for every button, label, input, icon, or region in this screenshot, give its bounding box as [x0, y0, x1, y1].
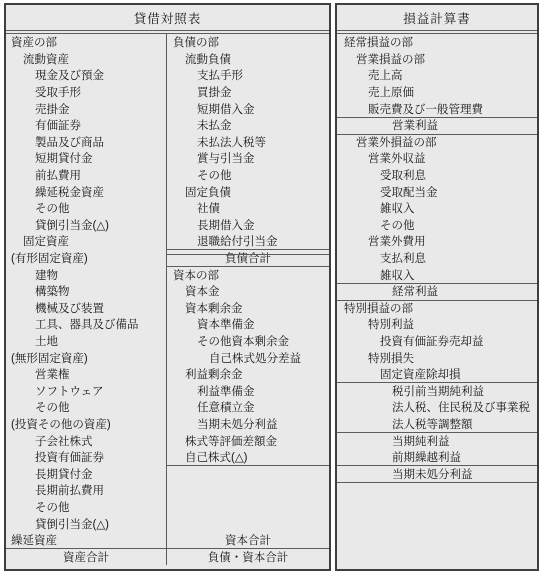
line-item-row: その他: [337, 217, 537, 234]
line-item-label: 買掛金: [197, 84, 232, 100]
line-item-row: 建物: [6, 266, 166, 283]
line-item-row: その他: [6, 200, 166, 217]
line-item-row: 負債合計: [167, 250, 329, 267]
line-item-row: 支払利息: [337, 250, 537, 267]
line-item-label: 受取手形: [35, 84, 81, 100]
line-item-label: 機械及び装置: [35, 300, 104, 316]
line-item-label: 固定資産除却損: [380, 366, 461, 382]
line-item-row: 雑収入: [337, 266, 537, 283]
line-item-row: 売上高: [337, 67, 537, 84]
line-item-label: 長期前払費用: [35, 482, 104, 498]
line-item-label: 負債・資本合計: [208, 549, 289, 565]
line-item-label: 賞与引当金: [197, 150, 255, 166]
line-item-row: 流動資産: [6, 51, 166, 68]
line-item-label: 負債の部: [173, 34, 219, 50]
empty-row: [167, 515, 329, 532]
line-item-row: 未払金: [167, 117, 329, 134]
empty-row: [167, 482, 329, 499]
line-item-label: 資本剰余金: [185, 300, 243, 316]
line-item-row: 雑収入: [337, 200, 537, 217]
line-item-row: 経常損益の部: [337, 34, 537, 51]
line-item-label: 売上原価: [368, 84, 414, 100]
line-item-label: 投資有価証券: [35, 449, 104, 465]
empty-row: [337, 499, 537, 516]
line-item-label: 長期借入金: [197, 217, 255, 233]
line-item-row: 営業外収益: [337, 150, 537, 167]
line-item-row: 資本剰余金: [167, 300, 329, 317]
line-item-label: 資本合計: [225, 532, 271, 548]
line-item-row: 当期未処分利益: [337, 465, 537, 482]
line-item-row: 固定資産除却損: [337, 366, 537, 383]
line-item-row: 現金及び預金: [6, 67, 166, 84]
line-item-label: 販売費及び一般管理費: [368, 101, 483, 117]
line-item-row: 流動負債: [167, 51, 329, 68]
line-item-row: 製品及び商品: [6, 134, 166, 151]
line-item-row: 経常利益: [337, 283, 537, 300]
line-item-row: その他資本剰余金: [167, 333, 329, 350]
line-item-row: 自己株式処分差益: [167, 349, 329, 366]
line-item-row: 特別利益: [337, 316, 537, 333]
line-item-label: 貸倒引当金(△): [35, 516, 109, 532]
line-item-label: (無形固定資産): [11, 350, 88, 366]
line-item-row: 資産の部: [6, 34, 166, 51]
line-item-row: 未払法人税等: [167, 134, 329, 151]
line-item-row: 資本準備金: [167, 316, 329, 333]
line-item-label: その他資本剰余金: [197, 333, 289, 349]
line-item-label: 有価証券: [35, 117, 81, 133]
line-item-row: 当期純利益: [337, 432, 537, 449]
line-item-row: 売上原価: [337, 84, 537, 101]
line-item-row: 前払費用: [6, 167, 166, 184]
line-item-label: 当期未処分利益: [392, 466, 473, 482]
line-item-row: 退職給付引当金: [167, 233, 329, 250]
empty-row: [337, 515, 537, 532]
line-item-label: その他: [35, 200, 70, 216]
line-item-label: 自己株式(△): [185, 449, 248, 465]
empty-row: [337, 532, 537, 549]
line-item-label: その他: [380, 217, 415, 233]
line-item-row: 有価証券: [6, 117, 166, 134]
line-item-label: ソフトウェア: [35, 383, 104, 399]
line-item-row: 受取利息: [337, 167, 537, 184]
line-item-row: 投資有価証券: [6, 449, 166, 466]
empty-row: [167, 499, 329, 516]
line-item-row: 固定負債: [167, 183, 329, 200]
line-item-label: 雑収入: [380, 200, 415, 216]
line-item-row: 営業権: [6, 366, 166, 383]
line-item-row: 貸倒引当金(△): [6, 217, 166, 234]
line-item-row: 特別損益の部: [337, 300, 537, 317]
line-item-row: 利益準備金: [167, 382, 329, 399]
line-item-row: 資産合計: [6, 548, 166, 565]
line-item-label: 株式等評価差額金: [185, 433, 277, 449]
line-item-label: 流動資産: [23, 51, 69, 67]
line-item-row: 営業外費用: [337, 233, 537, 250]
line-item-label: 未払金: [197, 117, 232, 133]
income-statement-column: 経常損益の部営業損益の部売上高売上原価販売費及び一般管理費営業利益営業外損益の部…: [337, 34, 537, 565]
line-item-row: 法人税等調整額: [337, 416, 537, 433]
line-item-label: 法人税、住民税及び事業税: [392, 399, 530, 415]
line-item-label: 流動負債: [185, 51, 231, 67]
line-item-row: 前期繰越利益: [337, 449, 537, 466]
line-item-row: 株式等評価差額金: [167, 432, 329, 449]
line-item-label: (投資その他の資産): [11, 416, 111, 432]
line-item-label: 当期未処分利益: [197, 416, 278, 432]
line-item-label: 支払利息: [380, 250, 426, 266]
line-item-row: 長期借入金: [167, 217, 329, 234]
line-item-row: 土地: [6, 333, 166, 350]
line-item-row: 支払手形: [167, 67, 329, 84]
line-item-row: 売掛金: [6, 100, 166, 117]
line-item-row: (有形固定資産): [6, 250, 166, 267]
line-item-row: 短期貸付金: [6, 150, 166, 167]
line-item-row: 資本合計: [167, 532, 329, 549]
line-item-label: 経常損益の部: [344, 34, 413, 50]
line-item-label: 利益準備金: [197, 383, 255, 399]
line-item-label: 土地: [35, 333, 58, 349]
accounting-statements-figure: 貸借対照表 資産の部流動資産現金及び預金受取手形売掛金有価証券製品及び商品短期貸…: [0, 0, 550, 583]
income-statement-table: 損益計算書 経常損益の部営業損益の部売上高売上原価販売費及び一般管理費営業利益営…: [335, 3, 539, 571]
line-item-row: 買掛金: [167, 84, 329, 101]
line-item-label: 製品及び商品: [35, 134, 104, 150]
line-item-label: 短期貸付金: [35, 150, 93, 166]
line-item-label: 繰延税金資産: [35, 184, 104, 200]
line-item-row: 当期未処分利益: [167, 416, 329, 433]
line-item-row: 繰延税金資産: [6, 183, 166, 200]
line-item-label: 営業権: [35, 366, 70, 382]
line-item-label: 資本金: [185, 283, 220, 299]
line-item-label: 繰延資産: [11, 532, 57, 548]
line-item-label: 特別損益の部: [344, 300, 413, 316]
balance-sheet-table: 貸借対照表 資産の部流動資産現金及び預金受取手形売掛金有価証券製品及び商品短期貸…: [4, 3, 331, 571]
line-item-label: 前期繰越利益: [392, 449, 461, 465]
income-statement-body: 経常損益の部営業損益の部売上高売上原価販売費及び一般管理費営業利益営業外損益の部…: [337, 34, 537, 565]
line-item-row: (投資その他の資産): [6, 416, 166, 433]
line-item-label: その他: [35, 399, 70, 415]
line-item-row: 短期借入金: [167, 100, 329, 117]
line-item-row: 営業利益: [337, 117, 537, 134]
liabilities-equity-column: 負債の部流動負債支払手形買掛金短期借入金未払金未払法人税等賞与引当金その他固定負…: [167, 34, 329, 565]
line-item-row: 負債・資本合計: [167, 548, 329, 565]
line-item-label: 現金及び預金: [35, 67, 104, 83]
line-item-label: 資本の部: [173, 267, 219, 283]
line-item-label: 長期貸付金: [35, 466, 93, 482]
line-item-label: 前払費用: [35, 167, 81, 183]
line-item-row: 構築物: [6, 283, 166, 300]
line-item-label: 営業外損益の部: [356, 134, 437, 150]
line-item-row: その他: [167, 167, 329, 184]
line-item-row: 資本金: [167, 283, 329, 300]
line-item-label: 雑収入: [380, 267, 415, 283]
line-item-row: 受取手形: [6, 84, 166, 101]
line-item-label: 税引前当期純利益: [392, 383, 484, 399]
line-item-label: 貸倒引当金(△): [35, 217, 109, 233]
line-item-label: 子会社株式: [35, 433, 93, 449]
line-item-label: (有形固定資産): [11, 250, 88, 266]
line-item-label: 特別損失: [368, 350, 414, 366]
line-item-label: その他: [35, 499, 70, 515]
line-item-row: 自己株式(△): [167, 449, 329, 466]
line-item-label: 負債合計: [225, 250, 271, 266]
line-item-label: 任意積立金: [197, 399, 255, 415]
empty-row: [167, 465, 329, 482]
empty-row: [337, 482, 537, 499]
line-item-label: 社債: [197, 200, 220, 216]
line-item-row: 負債の部: [167, 34, 329, 51]
line-item-label: 資産の部: [11, 34, 57, 50]
line-item-row: 長期前払費用: [6, 482, 166, 499]
line-item-label: 受取配当金: [380, 184, 438, 200]
line-item-row: 社債: [167, 200, 329, 217]
line-item-row: 税引前当期純利益: [337, 382, 537, 399]
line-item-row: 法人税、住民税及び事業税: [337, 399, 537, 416]
balance-sheet-title: 貸借対照表: [6, 5, 329, 31]
line-item-label: 建物: [35, 267, 58, 283]
line-item-label: 経常利益: [392, 283, 438, 299]
line-item-row: 投資有価証券売却益: [337, 333, 537, 350]
line-item-row: 受取配当金: [337, 183, 537, 200]
line-item-label: 売掛金: [35, 101, 70, 117]
line-item-row: (無形固定資産): [6, 349, 166, 366]
line-item-row: 固定資産: [6, 233, 166, 250]
line-item-label: 固定負債: [185, 184, 231, 200]
line-item-row: 工具、器具及び備品: [6, 316, 166, 333]
line-item-label: 営業外収益: [368, 150, 426, 166]
line-item-label: 利益剰余金: [185, 366, 243, 382]
line-item-label: 資本準備金: [197, 316, 255, 332]
line-item-label: 未払法人税等: [197, 134, 266, 150]
income-statement-title: 損益計算書: [337, 5, 537, 31]
line-item-label: 受取利息: [380, 167, 426, 183]
line-item-label: 法人税等調整額: [392, 416, 473, 432]
line-item-label: 営業損益の部: [356, 51, 425, 67]
line-item-label: 売上高: [368, 67, 403, 83]
line-item-row: 利益剰余金: [167, 366, 329, 383]
line-item-row: 貸倒引当金(△): [6, 515, 166, 532]
line-item-row: 長期貸付金: [6, 465, 166, 482]
line-item-row: 販売費及び一般管理費: [337, 100, 537, 117]
line-item-label: 退職給付引当金: [197, 233, 278, 249]
line-item-label: 営業利益: [392, 117, 438, 133]
line-item-label: その他: [197, 167, 232, 183]
line-item-row: ソフトウェア: [6, 382, 166, 399]
line-item-label: 短期借入金: [197, 101, 255, 117]
balance-sheet-body: 資産の部流動資産現金及び預金受取手形売掛金有価証券製品及び商品短期貸付金前払費用…: [6, 34, 329, 565]
line-item-row: 任意積立金: [167, 399, 329, 416]
line-item-label: 工具、器具及び備品: [35, 316, 139, 332]
line-item-row: 営業損益の部: [337, 51, 537, 68]
line-item-row: 機械及び装置: [6, 300, 166, 317]
line-item-label: 支払手形: [197, 67, 243, 83]
line-item-row: その他: [6, 399, 166, 416]
line-item-row: 営業外損益の部: [337, 134, 537, 151]
line-item-label: 自己株式処分差益: [209, 350, 301, 366]
line-item-row: その他: [6, 499, 166, 516]
line-item-label: 構築物: [35, 283, 70, 299]
line-item-label: 営業外費用: [368, 233, 426, 249]
line-item-row: 特別損失: [337, 349, 537, 366]
empty-row: [337, 548, 537, 565]
line-item-row: 資本の部: [167, 266, 329, 283]
line-item-label: 投資有価証券売却益: [380, 333, 484, 349]
line-item-label: 特別利益: [368, 316, 414, 332]
line-item-row: 繰延資産: [6, 532, 166, 549]
line-item-label: 資産合計: [63, 549, 109, 565]
line-item-label: 固定資産: [23, 233, 69, 249]
line-item-row: 子会社株式: [6, 432, 166, 449]
line-item-label: 当期純利益: [392, 433, 450, 449]
line-item-row: 賞与引当金: [167, 150, 329, 167]
assets-column: 資産の部流動資産現金及び預金受取手形売掛金有価証券製品及び商品短期貸付金前払費用…: [6, 34, 166, 565]
